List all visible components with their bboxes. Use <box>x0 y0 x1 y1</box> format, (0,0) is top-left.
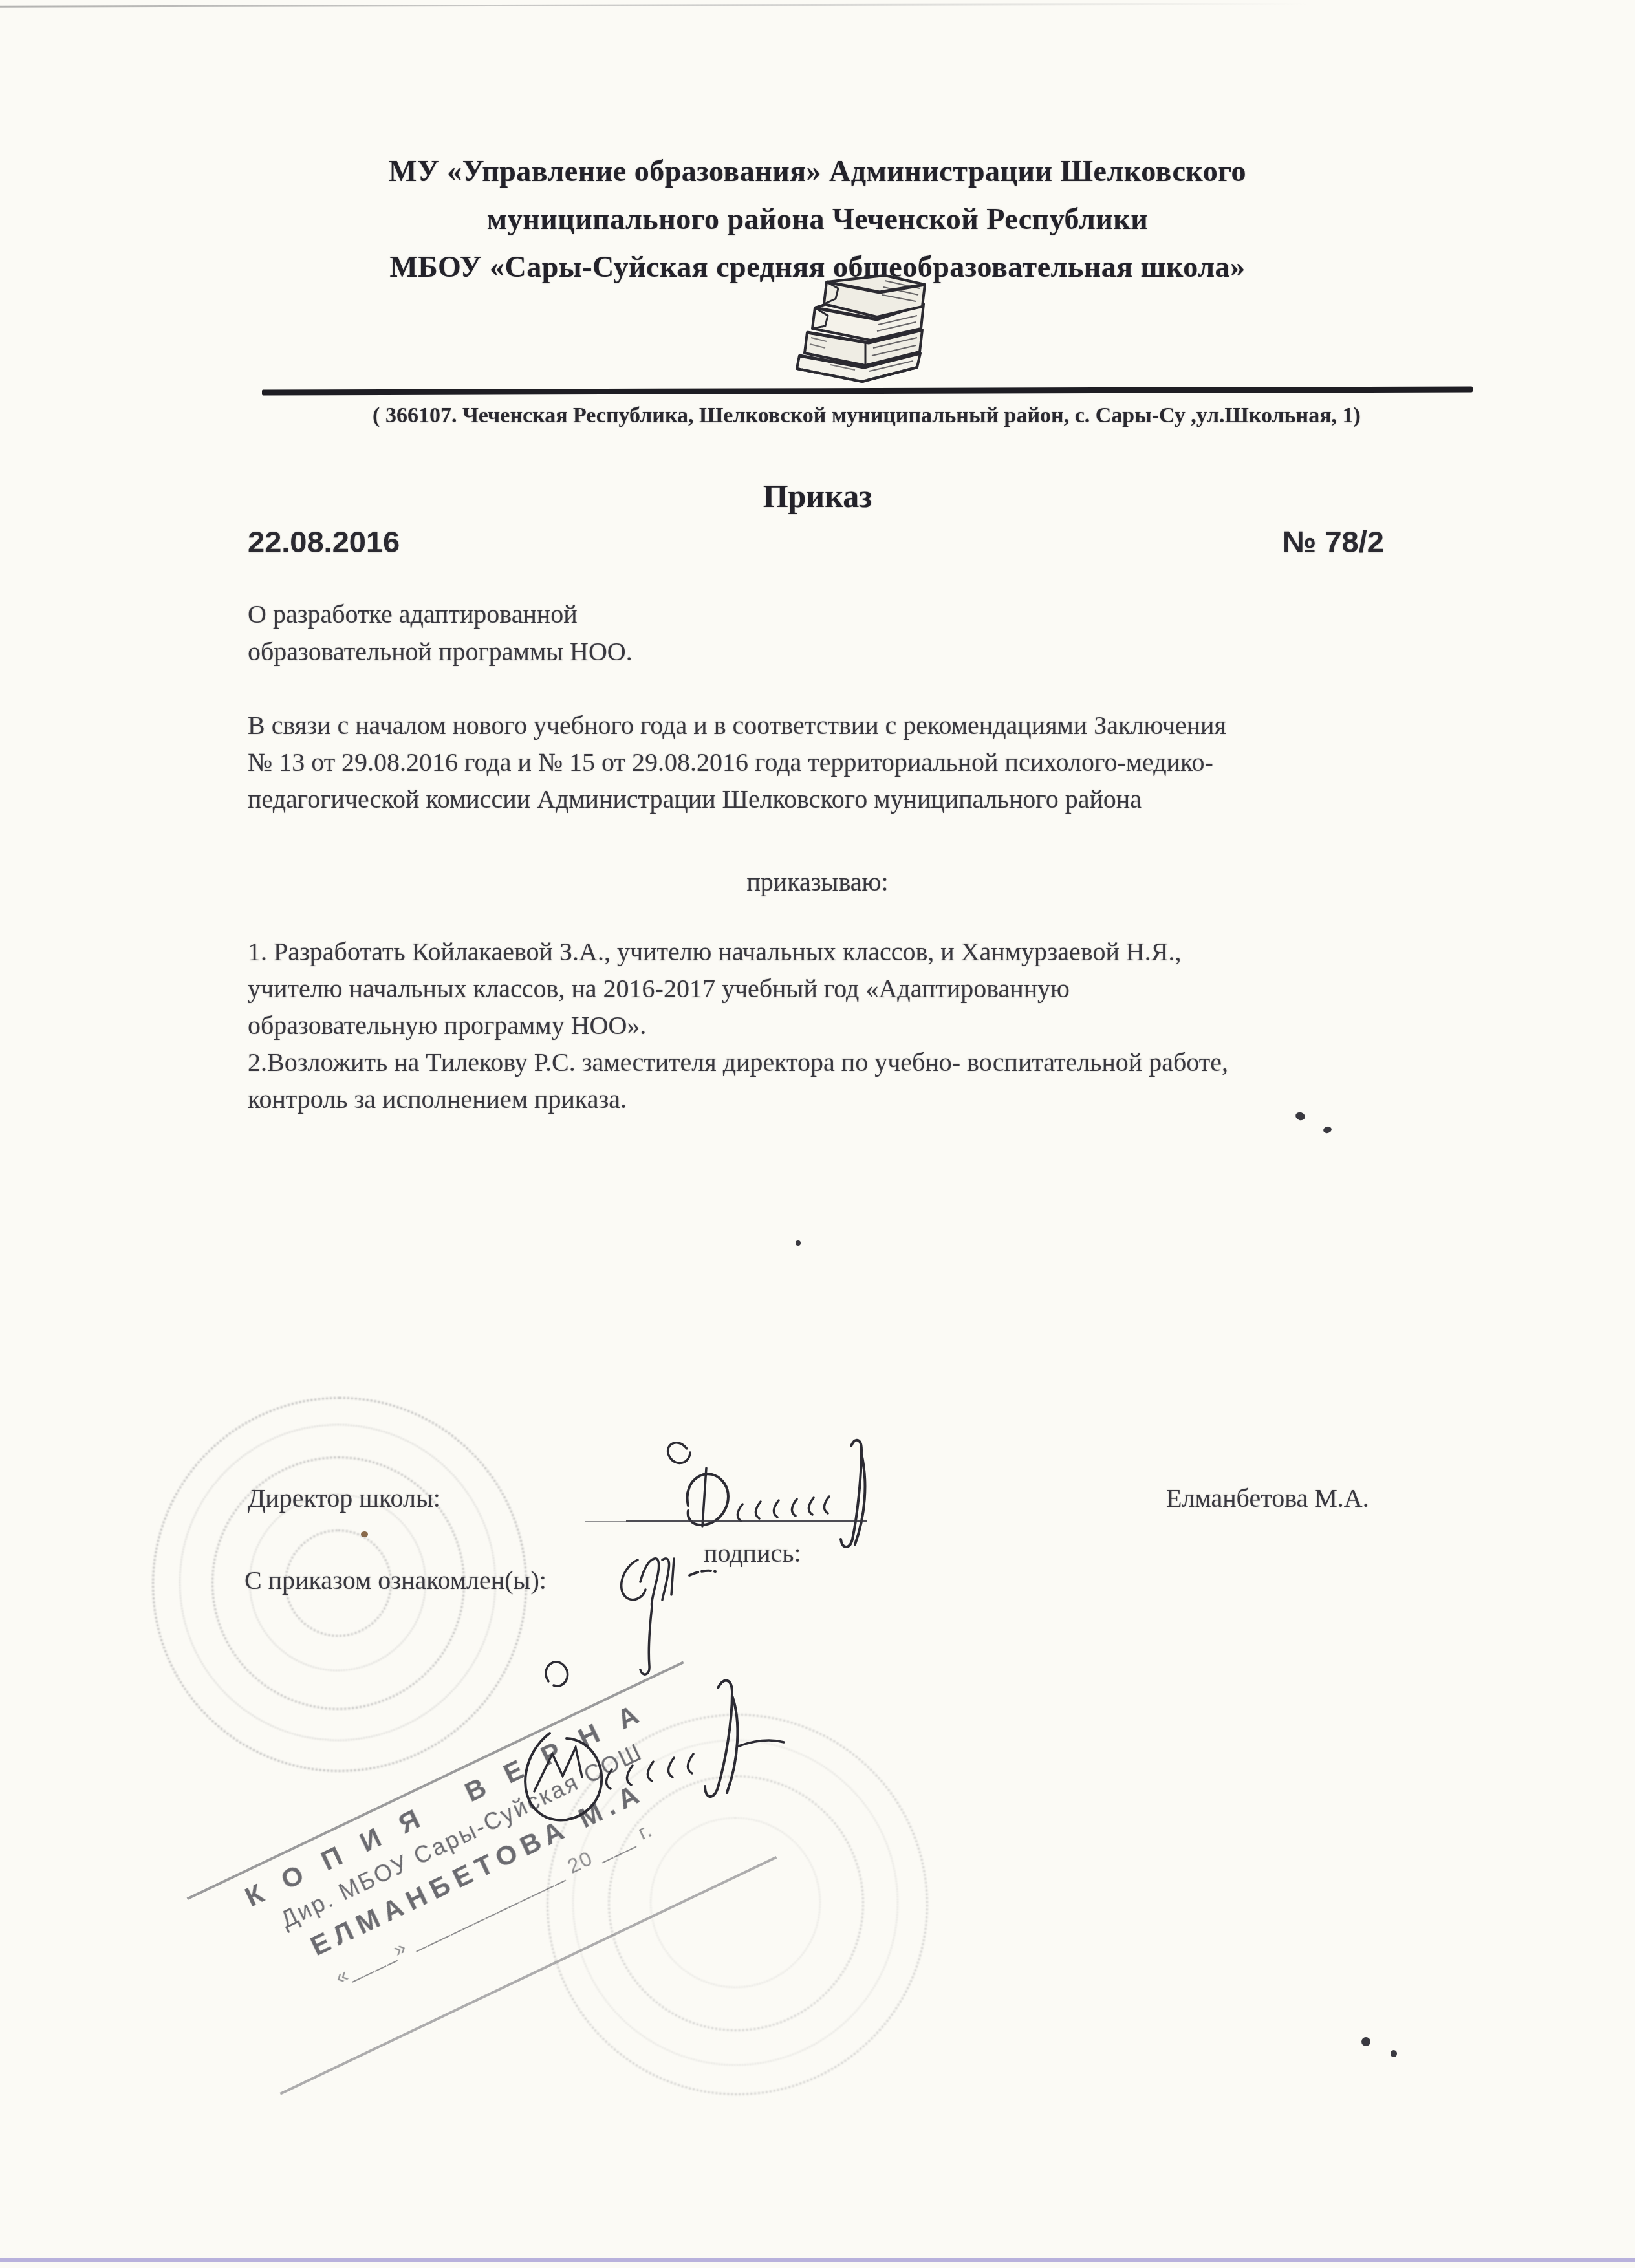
stamp-signature <box>472 1643 847 1875</box>
order-item-1-line-1: 1. Разработать Койлакаевой З.А., учителю… <box>248 936 1181 967</box>
org-header-line-2: муниципального района Чеченской Республи… <box>0 202 1635 236</box>
order-item-2-line-1: 2.Возложить на Тилекову Р.С. заместителя… <box>248 1047 1228 1077</box>
order-item-2-line-2: контроль за исполнением приказа. <box>248 1084 627 1114</box>
order-title: Приказ <box>0 477 1635 515</box>
preamble-line-3: педагогической комиссии Администрации Ше… <box>248 784 1142 814</box>
scanned-order-document: МУ «Управление образования» Администраци… <box>0 0 1635 2268</box>
order-number: № 78/2 <box>1283 524 1384 559</box>
order-item-1-line-3: образовательную программу НОО». <box>248 1010 646 1041</box>
signature-underline <box>626 1520 867 1522</box>
preamble-line-2: № 13 от 29.08.2016 года и № 15 от 29.08.… <box>248 747 1213 777</box>
scan-edge-line-top <box>0 2 1635 7</box>
ink-speck <box>1323 1125 1332 1134</box>
scan-edge-line-bottom <box>0 2258 1635 2262</box>
header-separator-rule <box>262 387 1473 396</box>
director-name: Елманбетова М.А. <box>1166 1483 1369 1513</box>
director-label: Директор школы: <box>248 1483 440 1513</box>
ink-speck <box>796 1240 801 1246</box>
subject-line-2: образовательной программы НОО. <box>248 636 633 667</box>
order-date: 22.08.2016 <box>248 524 400 559</box>
decree-word: приказываю: <box>0 867 1635 897</box>
ink-speck <box>1391 2050 1397 2057</box>
ink-speck <box>1294 1111 1306 1121</box>
org-header-line-1: МУ «Управление образования» Администраци… <box>0 154 1635 188</box>
preamble-line-1: В связи с началом нового учебного года и… <box>248 710 1226 740</box>
org-address: ( 366107. Чеченская Республика, Шелковск… <box>259 404 1475 428</box>
signature-underline-faint <box>585 1521 626 1522</box>
subject-line-1: О разработке адаптированной <box>248 599 578 629</box>
ink-speck <box>1361 2037 1370 2046</box>
order-item-1-line-2: учителю начальных классов, на 2016-2017 … <box>248 973 1070 1004</box>
books-stack-icon <box>788 270 930 387</box>
acknowledged-label: С приказом ознакомлен(ы): <box>244 1565 547 1595</box>
